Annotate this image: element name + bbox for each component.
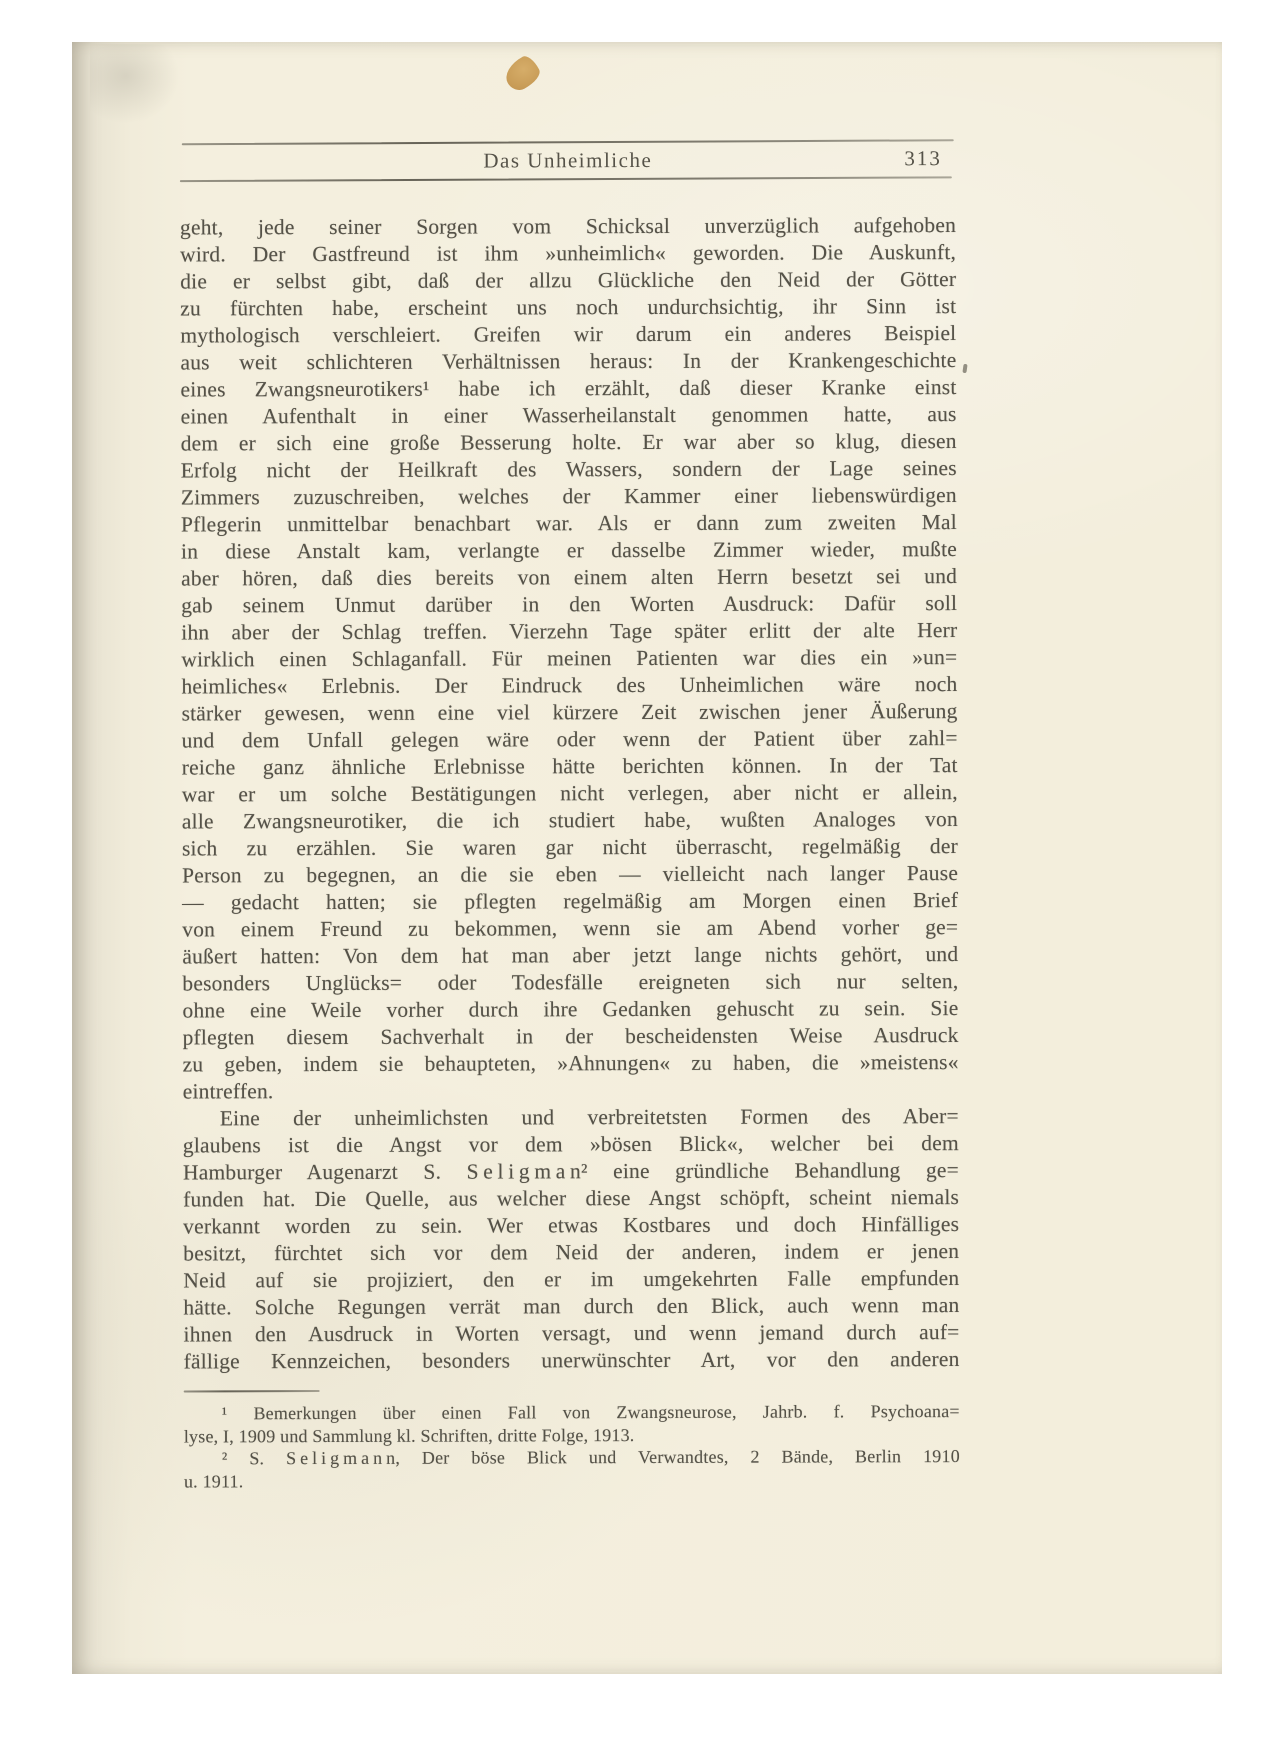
footnotes: ¹ Bemerkungen über einen Fall von Zwangs… <box>184 1400 960 1492</box>
body-text-line: war er um solche Bestätigungen nicht ver… <box>182 779 958 808</box>
body-text-line: eintreffen. <box>183 1076 959 1105</box>
body-text-line: ohne eine Weile vorher durch ihre Gedank… <box>182 995 958 1024</box>
body-text-line: wird. Der Gastfreund ist ihm »unheimlich… <box>180 239 956 268</box>
body-text-line: Person zu begegnen, an die sie eben — vi… <box>182 860 958 889</box>
body-text-line: zu fürchten habe, erscheint uns noch und… <box>180 293 956 322</box>
body-text-line: hätte. Solche Regungen verrät man durch … <box>183 1292 959 1321</box>
body-text-line: reiche ganz ähnliche Erlebnisse hätte be… <box>182 752 958 781</box>
body-text-line: Hamburger Augenarzt S. S e l i g m a n² … <box>183 1157 959 1186</box>
body-text-line: in diese Anstalt kam, verlangte er dasse… <box>181 536 957 565</box>
body-text-line: geht, jede seiner Sorgen vom Schicksal u… <box>180 212 956 241</box>
paper-sheet: Das Unheimliche 313 geht, jede seiner So… <box>72 42 1222 1674</box>
body-text-line: Eine der unheimlichsten und verbreitetst… <box>183 1103 959 1132</box>
body-text-line: — gedacht hatten; sie pflegten regelmäßi… <box>182 887 958 916</box>
body-text-line: einen Aufenthalt in einer Wasserheilanst… <box>181 401 957 430</box>
body-text-line: von einem Freund zu bekommen, wenn sie a… <box>182 914 958 943</box>
header-rule-bottom <box>180 176 952 182</box>
body-text-line: fällige Kennzeichen, besonders unerwünsc… <box>184 1346 960 1375</box>
body-text-line: sich zu erzählen. Sie waren gar nicht üb… <box>182 833 958 862</box>
running-header: Das Unheimliche 313 <box>180 143 956 177</box>
body-text-line: pflegten diesem Sachverhalt in der besch… <box>183 1022 959 1051</box>
body-text-line: die er selbst gibt, daß der allzu Glückl… <box>180 266 956 295</box>
body-text-line: ihn aber der Schlag treffen. Vierzehn Ta… <box>181 617 957 646</box>
page-content: Das Unheimliche 313 geht, jede seiner So… <box>69 40 1224 1676</box>
body-text-line: besitzt, fürchtet sich vor dem Neid der … <box>183 1238 959 1267</box>
body-text-line: ihnen den Ausdruck in Worten versagt, un… <box>183 1319 959 1348</box>
body-text-line: äußert hatten: Von dem hat man aber jetz… <box>182 941 958 970</box>
body-text-line: besonders Unglücks= oder Todesfälle erei… <box>182 968 958 997</box>
page-number: 313 <box>904 146 942 171</box>
body-text-line: aus weit schlichteren Verhältnissen hera… <box>180 347 956 376</box>
body-text-line: alle Zwangsneurotiker, die ich studiert … <box>182 806 958 835</box>
footnote-line: u. 1911. <box>184 1468 960 1493</box>
footnote-line: ¹ Bemerkungen über einen Fall von Zwangs… <box>184 1400 960 1425</box>
body-text-line: zu geben, indem sie behaupteten, »Ahnung… <box>183 1049 959 1078</box>
body-text-line: gab seinem Unmut darüber in den Worten A… <box>181 590 957 619</box>
body-text: geht, jede seiner Sorgen vom Schicksal u… <box>180 212 960 1375</box>
body-text-line: stärker gewesen, wenn eine viel kürzere … <box>182 698 958 727</box>
body-text-line: dem er sich eine große Besserung holte. … <box>181 428 957 457</box>
footnote-separator-rule <box>184 1390 320 1392</box>
body-text-line: eines Zwangsneurotikers¹ habe ich erzähl… <box>180 374 956 403</box>
footnote-line: lyse, I, 1909 und Sammlung kl. Schriften… <box>184 1423 960 1448</box>
body-text-line: Pflegerin unmittelbar benachbart war. Al… <box>181 509 957 538</box>
body-text-line: Erfolg nicht der Heilkraft des Wassers, … <box>181 455 957 484</box>
body-text-line: wirklich einen Schlaganfall. Für meinen … <box>181 644 957 673</box>
body-text-line: und dem Unfall gelegen wäre oder wenn de… <box>182 725 958 754</box>
body-text-line: Zimmers zuzuschreiben, welches der Kamme… <box>181 482 957 511</box>
body-text-line: mythologisch verschleiert. Greifen wir d… <box>180 320 956 349</box>
body-text-line: funden hat. Die Quelle, aus welcher dies… <box>183 1184 959 1213</box>
page-title: Das Unheimliche <box>483 147 652 173</box>
body-text-line: glaubens ist die Angst vor dem »bösen Bl… <box>183 1130 959 1159</box>
body-text-line: heimliches« Erlebnis. Der Eindruck des U… <box>181 671 957 700</box>
body-text-line: verkannt worden zu sein. Wer etwas Kostb… <box>183 1211 959 1240</box>
body-text-line: aber hören, daß dies bereits von einem a… <box>181 563 957 592</box>
scanned-book-page: Das Unheimliche 313 geht, jede seiner So… <box>0 0 1270 1745</box>
footnote-line: ² S. S e l i g m a n n, Der böse Blick u… <box>184 1445 960 1470</box>
body-text-line: Neid auf sie projiziert, den er im umgek… <box>183 1265 959 1294</box>
